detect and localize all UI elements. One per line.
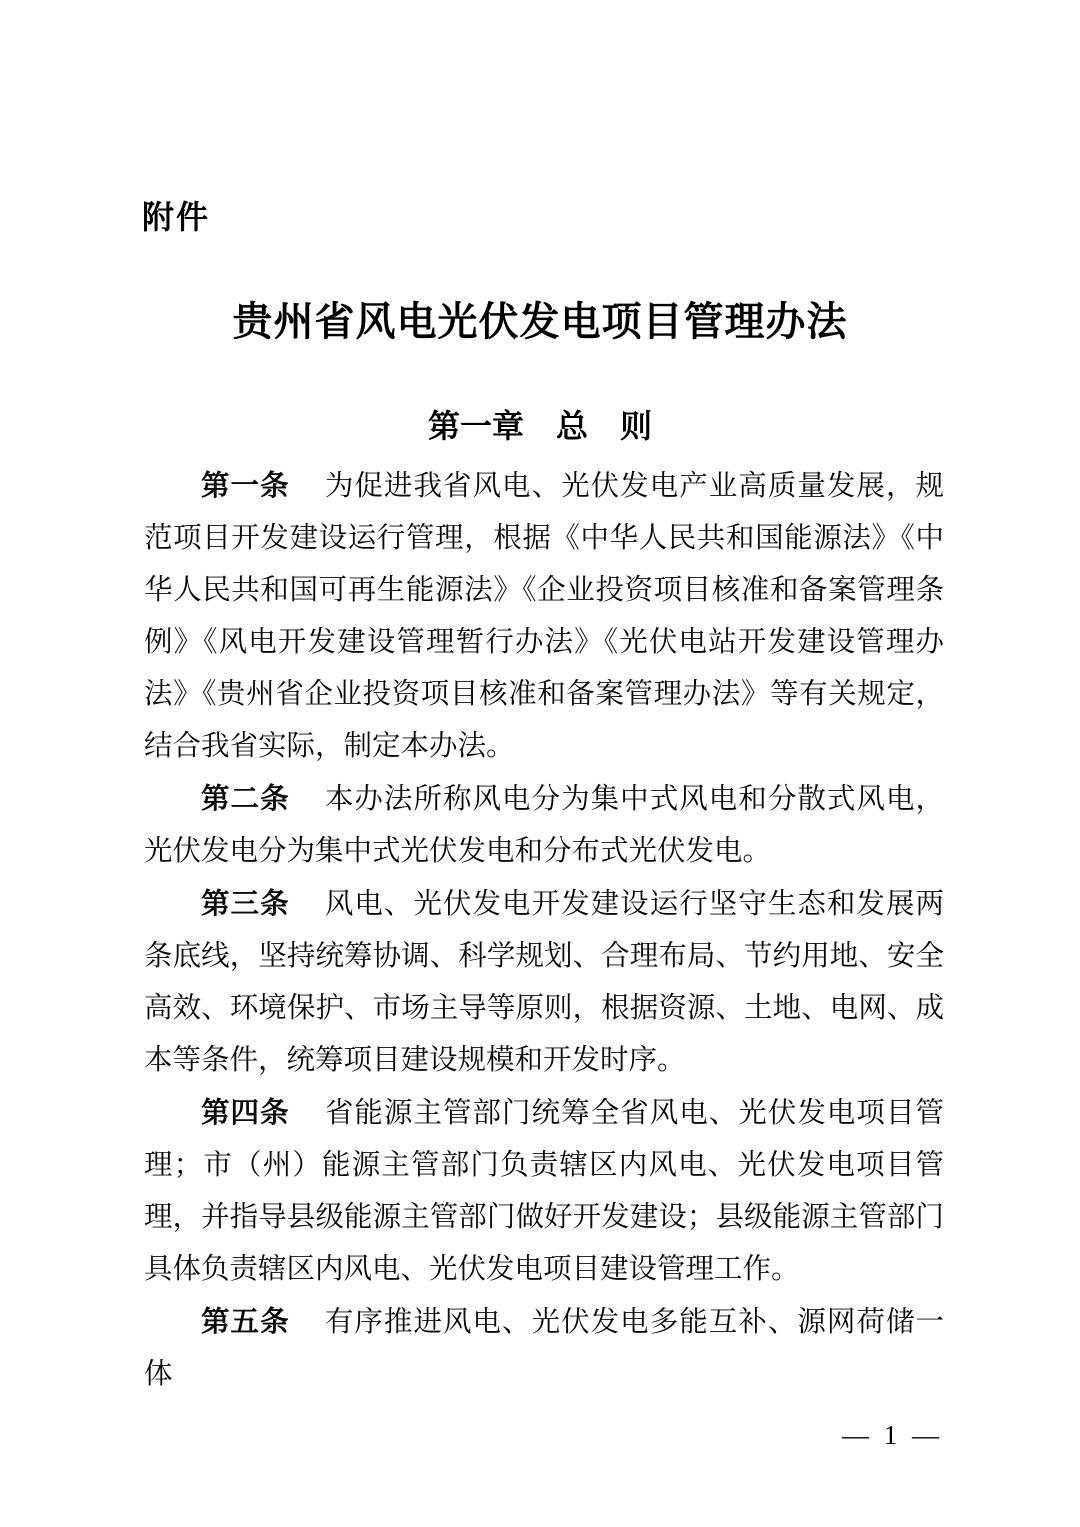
article-text-1: 为促进我省风电、光伏发电产业高质量发展，规范项目开发建设运行管理，根据《中华人民…: [144, 471, 944, 762]
article-paragraph-4: 第四条 省能源主管部门统筹全省风电、光伏发电项目管理；市（州）能源主管部门负责辖…: [144, 1087, 944, 1296]
article-paragraph-1: 第一条 为促进我省风电、光伏发电产业高质量发展，规范项目开发建设运行管理，根据《…: [144, 460, 944, 773]
article-label-1: 第一条: [201, 470, 290, 502]
document-page: 附件 贵州省风电光伏发电项目管理办法 第一章 总 则 第一条 为促进我省风电、光…: [0, 0, 1080, 1527]
page-number: — 1 —: [842, 1418, 943, 1452]
attachment-label: 附件: [142, 198, 210, 236]
article-label-4: 第四条: [201, 1097, 290, 1129]
article-paragraph-3: 第三条 风电、光伏发电开发建设运行坚守生态和发展两条底线，坚持统筹协调、科学规划…: [144, 878, 944, 1087]
article-label-5: 第五条: [201, 1306, 290, 1338]
document-body: 第一条 为促进我省风电、光伏发电产业高质量发展，规范项目开发建设运行管理，根据《…: [144, 460, 944, 1401]
article-paragraph-2: 第二条 本办法所称风电分为集中式风电和分散式风电，光伏发电分为集中式光伏发电和分…: [144, 773, 944, 878]
article-label-2: 第二条: [201, 783, 290, 815]
article-paragraph-5: 第五条 有序推进风电、光伏发电多能互补、源网荷储一体: [144, 1296, 944, 1401]
chapter-heading: 第一章 总 则: [0, 405, 1080, 447]
article-label-3: 第三条: [201, 888, 290, 920]
document-title: 贵州省风电光伏发电项目管理办法: [0, 293, 1080, 351]
